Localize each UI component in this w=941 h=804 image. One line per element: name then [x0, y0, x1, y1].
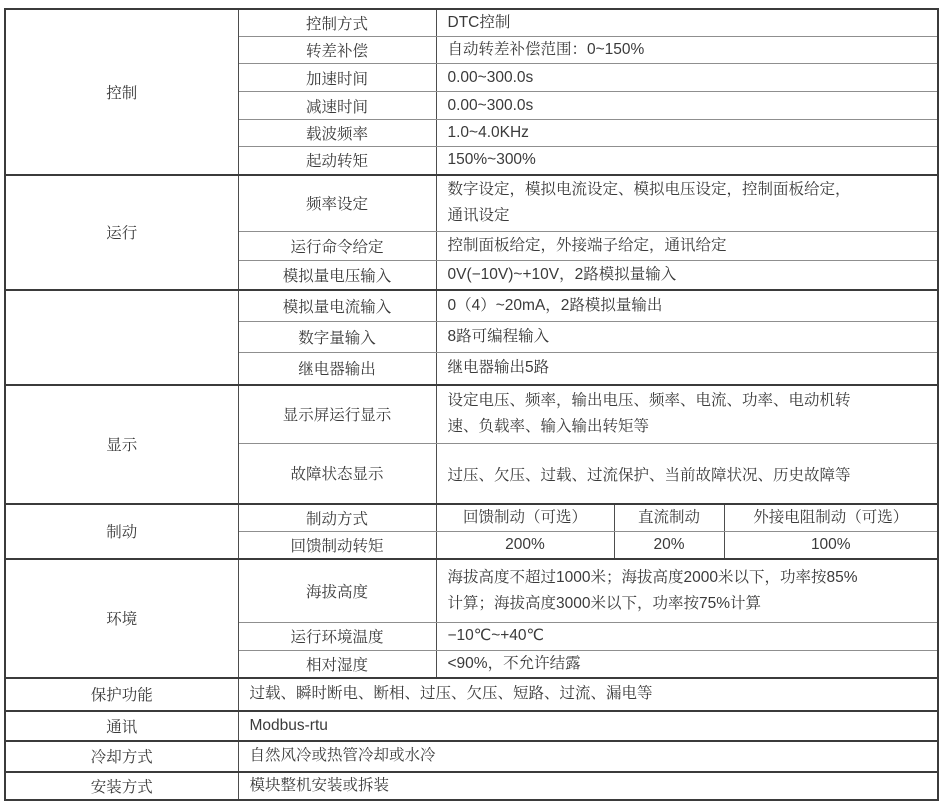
value-feedback-torque-1: 200% [436, 532, 614, 560]
param-relative-humidity: 相对湿度 [238, 650, 436, 678]
group-label-braking: 制动 [5, 504, 238, 560]
spec-table-container: 控制 控制方式 DTC控制 转差补偿 自动转差补偿范围：0~150% 加速时间 … [0, 0, 941, 803]
param-altitude: 海拔高度 [238, 559, 436, 622]
value-relay-output: 继电器输出5路 [436, 353, 938, 385]
param-display-running: 显示屏运行显示 [238, 385, 436, 444]
label-cooling-method: 冷却方式 [5, 741, 238, 772]
value-control-mode: DTC控制 [436, 9, 938, 37]
param-accel-time: 加速时间 [238, 64, 436, 92]
value-braking-mode-feedback: 回馈制动（可选） [436, 504, 614, 532]
param-relay-output: 继电器输出 [238, 353, 436, 385]
value-analog-current-input: 0（4）~20mA，2路模拟量输出 [436, 290, 938, 322]
param-starting-torque: 起动转矩 [238, 147, 436, 175]
value-decel-time: 0.00~300.0s [436, 92, 938, 120]
value-analog-voltage-input: 0V(−10V)~+10V，2路模拟量输入 [436, 261, 938, 290]
value-accel-time: 0.00~300.0s [436, 64, 938, 92]
group-label-operation: 运行 [5, 175, 238, 290]
spec-table: 控制 控制方式 DTC控制 转差补偿 自动转差补偿范围：0~150% 加速时间 … [4, 8, 939, 801]
value-run-command-source: 控制面板给定，外接端子给定，通讯给定 [436, 232, 938, 261]
value-frequency-setting: 数字设定，模拟电流设定、模拟电压设定，控制面板给定， 通讯设定 [436, 175, 938, 232]
value-fault-status-display: 过压、欠压、过载、过流保护、当前故障状况、历史故障等 [436, 444, 938, 504]
label-communication: 通讯 [5, 711, 238, 741]
value-cooling-method: 自然风冷或热管冷却或水冷 [238, 741, 938, 772]
value-braking-mode-resistor: 外接电阻制动（可选） [724, 504, 938, 532]
param-control-mode: 控制方式 [238, 9, 436, 37]
value-relative-humidity: <90%，不允许结露 [436, 650, 938, 678]
param-run-command-source: 运行命令给定 [238, 232, 436, 261]
param-fault-status-display: 故障状态显示 [238, 444, 436, 504]
param-digital-input: 数字量输入 [238, 322, 436, 353]
label-installation-method: 安装方式 [5, 772, 238, 800]
group-label-control: 控制 [5, 9, 238, 175]
param-braking-mode: 制动方式 [238, 504, 436, 532]
value-braking-mode-dc: 直流制动 [614, 504, 724, 532]
param-analog-current-input: 模拟量电流输入 [238, 290, 436, 322]
value-feedback-torque-2: 20% [614, 532, 724, 560]
label-protection-functions: 保护功能 [5, 678, 238, 711]
group-label-display: 显示 [5, 385, 238, 504]
param-feedback-braking-torque: 回馈制动转矩 [238, 532, 436, 560]
param-slip-compensation: 转差补偿 [238, 37, 436, 64]
value-operating-temperature: −10℃~+40℃ [436, 622, 938, 650]
param-analog-voltage-input: 模拟量电压输入 [238, 261, 436, 290]
param-decel-time: 减速时间 [238, 92, 436, 120]
param-frequency-setting: 频率设定 [238, 175, 436, 232]
value-communication: Modbus-rtu [238, 711, 938, 741]
value-protection-functions: 过载、瞬时断电、断相、过压、欠压、短路、过流、漏电等 [238, 678, 938, 711]
value-digital-input: 8路可编程输入 [436, 322, 938, 353]
param-operating-temperature: 运行环境温度 [238, 622, 436, 650]
param-carrier-frequency: 载波频率 [238, 120, 436, 147]
value-installation-method: 模块整机安装或拆装 [238, 772, 938, 800]
group-label-io [5, 290, 238, 385]
value-carrier-frequency: 1.0~4.0KHz [436, 120, 938, 147]
value-starting-torque: 150%~300% [436, 147, 938, 175]
value-display-running: 设定电压、频率，输出电压、频率、电流、功率、电动机转 速、负载率、输入输出转矩等 [436, 385, 938, 444]
value-altitude: 海拔高度不超过1000米；海拔高度2000米以下，功率按85% 计算；海拔高度3… [436, 559, 938, 622]
value-slip-compensation: 自动转差补偿范围：0~150% [436, 37, 938, 64]
value-feedback-torque-3: 100% [724, 532, 938, 560]
group-label-environment: 环境 [5, 559, 238, 678]
